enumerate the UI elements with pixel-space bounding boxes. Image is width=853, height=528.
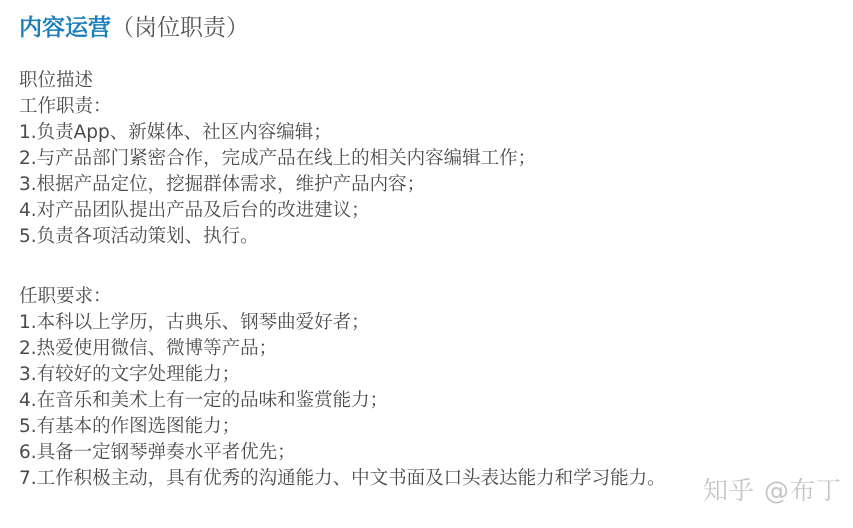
section-label: 职位描述	[19, 68, 666, 94]
requirement-item: 4.在音乐和美术上有一定的品味和鉴赏能力；	[19, 388, 666, 414]
requirement-item: 3.有较好的文字处理能力；	[19, 362, 666, 388]
watermark: 知乎 @布丁	[703, 474, 842, 508]
requirements-heading: 任职要求：	[19, 284, 666, 310]
requirement-item: 7.工作积极主动，具有优秀的沟通能力、中文书面及口头表达能力和学习能力。	[19, 466, 666, 492]
duty-item: 5.负责各项活动策划、执行。	[19, 224, 666, 250]
requirement-item: 1.本科以上学历，古典乐、钢琴曲爱好者；	[19, 310, 666, 336]
title-subtitle: （岗位职责）	[111, 15, 249, 41]
title-main: 内容运营	[19, 15, 111, 41]
duty-item: 2.与产品部门紧密合作，完成产品在线上的相关内容编辑工作；	[19, 146, 666, 172]
duty-item: 3.根据产品定位，挖掘群体需求，维护产品内容；	[19, 172, 666, 198]
page-title: 内容运营（岗位职责）	[19, 12, 249, 44]
requirement-item: 6.具备一定钢琴弹奏水平者优先；	[19, 440, 666, 466]
requirement-item: 5.有基本的作图选图能力；	[19, 414, 666, 440]
paragraph-spacer	[19, 276, 666, 284]
job-description: 职位描述 工作职责： 1.负责App、新媒体、社区内容编辑； 2.与产品部门紧密…	[19, 68, 666, 492]
requirement-item: 2.热爱使用微信、微博等产品；	[19, 336, 666, 362]
paragraph-spacer	[19, 250, 666, 276]
duties-heading: 工作职责：	[19, 94, 666, 120]
duty-item: 1.负责App、新媒体、社区内容编辑；	[19, 120, 666, 146]
duty-item: 4.对产品团队提出产品及后台的改进建议；	[19, 198, 666, 224]
